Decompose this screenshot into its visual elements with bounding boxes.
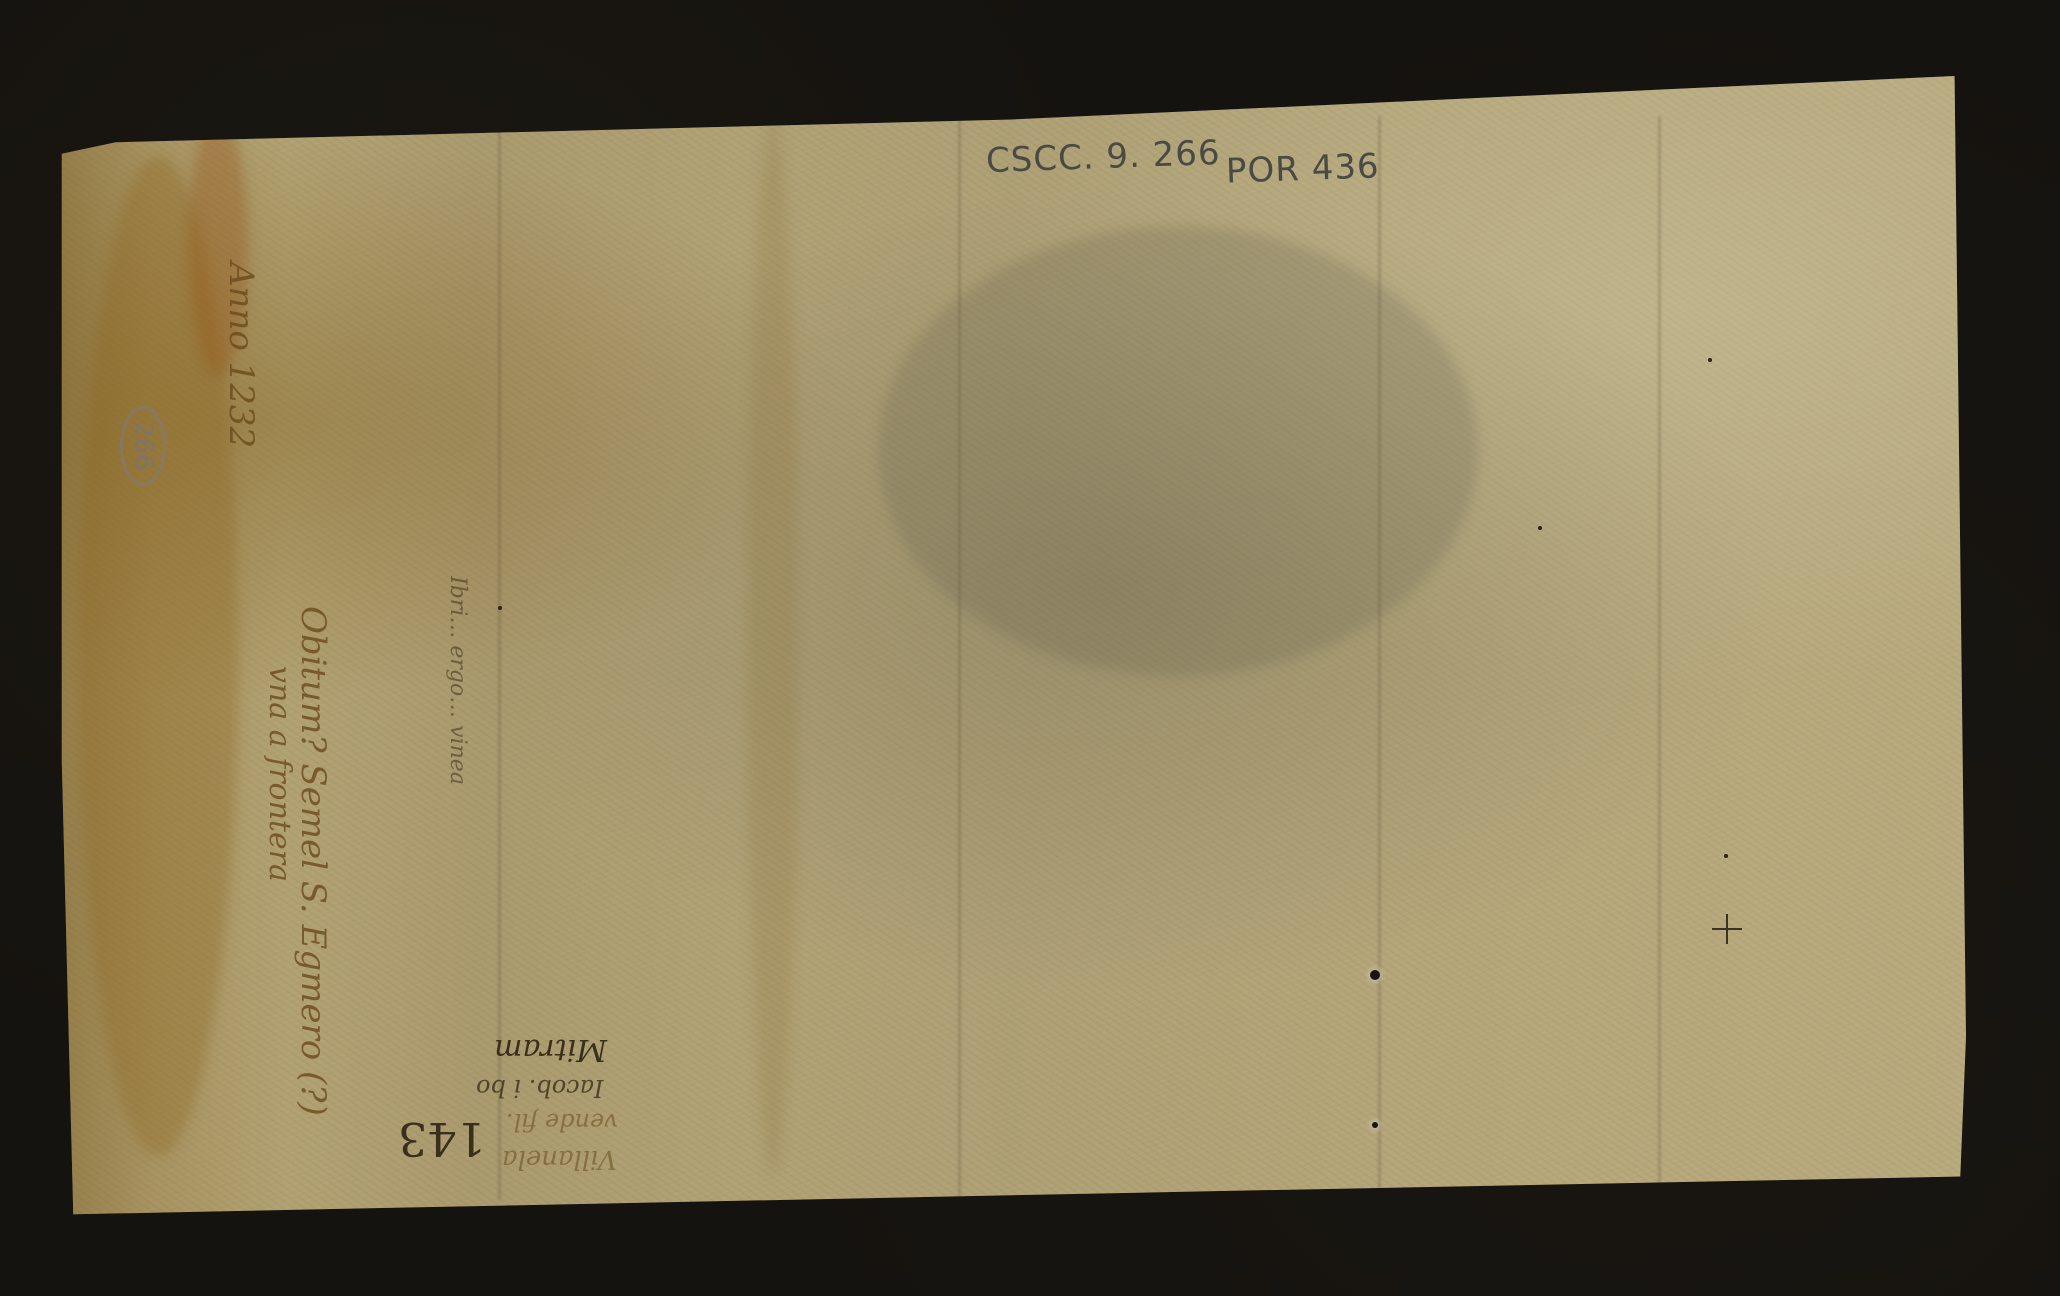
summary-line-2: vna a frontera: [264, 666, 294, 882]
bottom-latin-4: Villanela: [502, 1146, 617, 1172]
fold-line: [1658, 116, 1661, 1200]
bottom-latin-2: Iacob. i bo: [476, 1076, 603, 1100]
faint-note: Ibri… ergo… vinea: [446, 576, 468, 785]
reference-number: POR 436: [1225, 149, 1380, 188]
ruling-cross-mark: [1712, 914, 1742, 944]
year-note: Anno 1232: [224, 262, 258, 448]
archive-stamp: 266: [120, 406, 166, 486]
ink-dot: [1538, 526, 1542, 530]
parchment-sheet: CSCC. 9. 266 POR 436 Anno 1232 266 Obitu…: [58, 76, 1966, 1220]
summary-line-1: Obitum? Semel S. Egmero (?): [296, 606, 330, 1116]
stain-vertical-mid: [748, 116, 798, 1176]
fold-line: [958, 116, 961, 1200]
ink-dot: [1708, 358, 1712, 362]
bottom-latin-1: Mitram: [494, 1034, 607, 1064]
ink-dot: [1724, 854, 1728, 858]
ink-dot: [498, 606, 502, 610]
bottom-number: 143: [398, 1116, 486, 1162]
pinhole: [1372, 1122, 1378, 1128]
fold-line: [1378, 116, 1381, 1200]
archival-shelfmark: CSCC. 9. 266: [985, 136, 1221, 178]
pinhole: [1370, 970, 1380, 980]
shadow-center: [878, 226, 1478, 676]
bottom-latin-3: vende fil.: [506, 1110, 618, 1134]
stamp-number: 266: [128, 421, 158, 471]
